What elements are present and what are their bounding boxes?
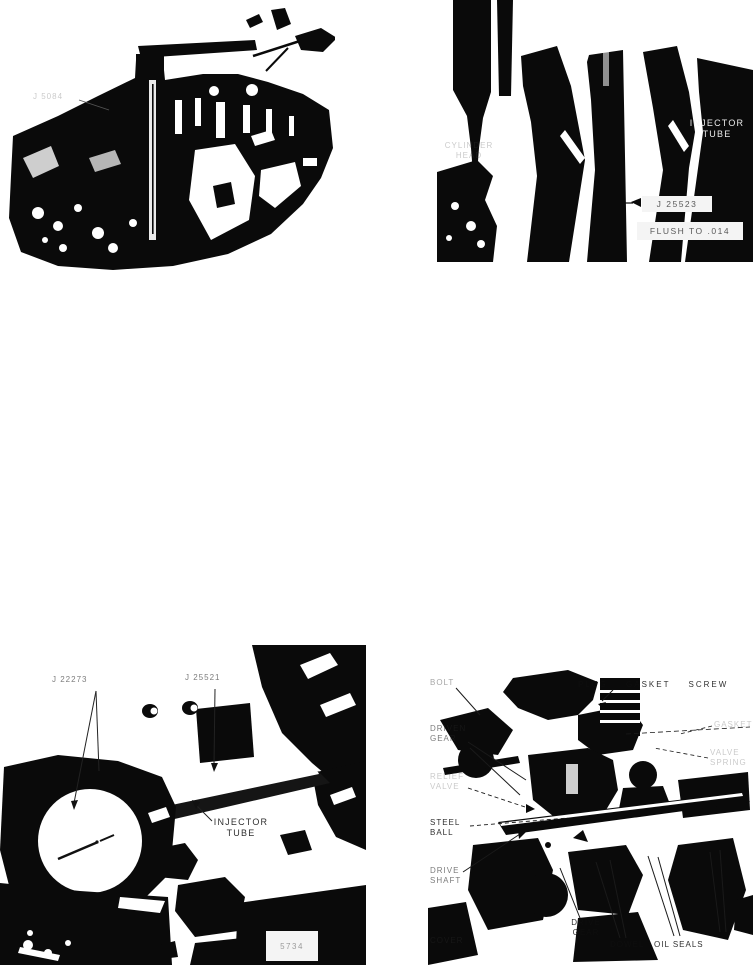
tool-number-label: J 5084 — [33, 92, 63, 102]
tool-number-box: J 25523 — [642, 196, 712, 212]
steel-ball-label: STEEL BALL — [430, 818, 460, 838]
figure-dial-indicator-photo: J 22273 J 25521 INJECTOR TUBE 5734 — [0, 645, 366, 965]
valve-spring-label: VALVE SPRING — [710, 748, 747, 768]
gasket-label: GASKET — [714, 720, 752, 730]
driven-gear-label: DRIVEN GEAR — [430, 724, 466, 744]
dowel-label: DOWEL — [610, 940, 644, 950]
photo-art-cutaway — [3, 8, 335, 270]
relief-valve-label: RELIEF VALVE — [430, 772, 464, 792]
injector-tube-label: INJECTOR TUBE — [684, 118, 750, 141]
injector-tube-label: INJECTOR TUBE — [205, 817, 277, 840]
photo-number-box: 5734 — [266, 931, 318, 961]
leader-line — [468, 788, 528, 808]
arrowhead — [211, 763, 218, 772]
leader-line — [456, 688, 480, 715]
arrowhead — [526, 804, 535, 813]
drive-gear-label: DRIVE GEAR — [566, 918, 606, 938]
figure-fuel-pump-parts-photo: BOLT PLUG GASKET SCREW DRIVEN GEAR RELIE… — [428, 660, 753, 965]
oil-seals-label: OIL SEALS — [654, 940, 704, 950]
photo-art-dial-check — [0, 645, 366, 965]
bolt-label: BOLT — [430, 678, 454, 688]
installer-tool-number-label: J 25521 — [185, 673, 220, 683]
figure-injector-tube-sections-photo: CYLINDER HEAD INJECTOR TUBE J 25523 FLUS… — [437, 0, 753, 262]
dial-tool-number-label: J 22273 — [52, 675, 87, 685]
plug-gasket-screw-label: PLUG GASKET SCREW — [578, 680, 728, 690]
leader-line — [654, 748, 708, 758]
cover-label: COVER — [430, 936, 463, 946]
dial-face — [38, 789, 142, 893]
flush-spec-box: FLUSH TO .014 — [637, 222, 743, 240]
scanned-manual-page: J 5084 CYLINDER HEAD INJECTOR TU — [0, 0, 753, 965]
leader-line — [680, 726, 712, 734]
figure-cylinder-head-cutaway-photo: J 5084 — [3, 8, 335, 270]
drive-shaft-label: DRIVE SHAFT — [430, 866, 461, 886]
cylinder-head-label: CYLINDER HEAD — [439, 141, 499, 161]
